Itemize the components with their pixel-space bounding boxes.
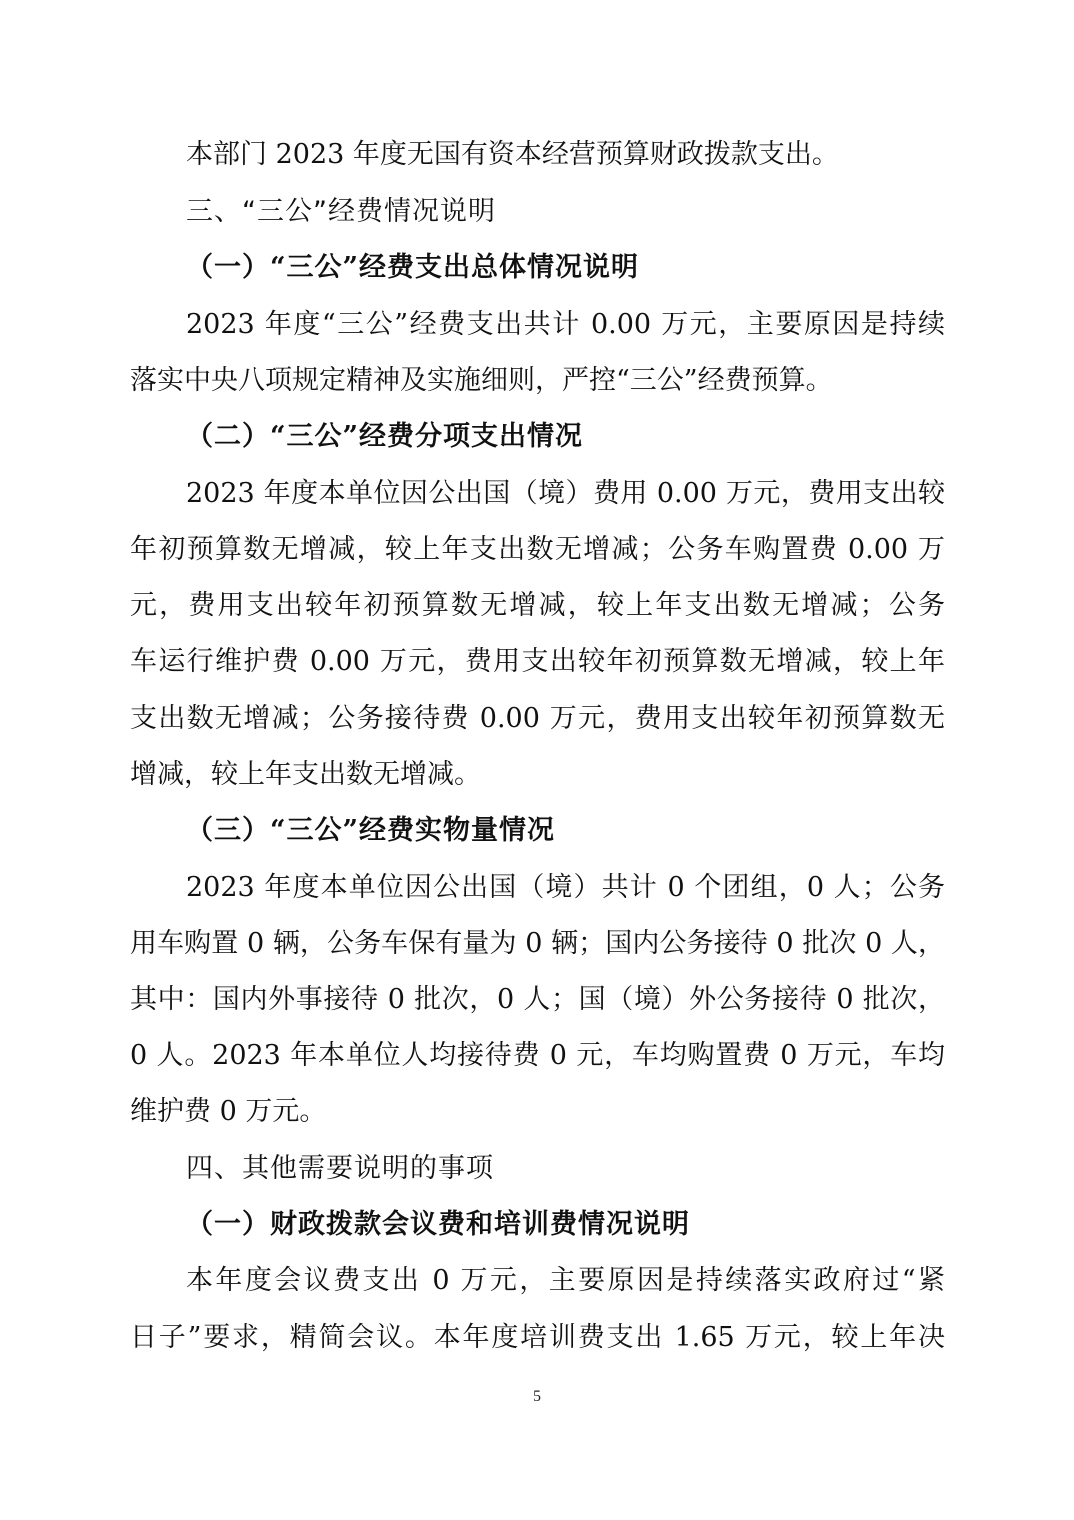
section-heading-other-matters: 四、其他需要说明的事项	[186, 1149, 1001, 1189]
subsection-heading-physical-quantity: （三）“三公”经费实物量情况	[186, 811, 1001, 851]
paragraph-line: 2023 年度本单位因公出国（境）费用 0.00 万元，费用支出较	[186, 474, 945, 514]
paragraph-line: 本部门 2023 年度无国有资本经营预算财政拨款支出。	[186, 135, 945, 175]
paragraph-line: 2023 年度本单位因公出国（境）共计 0 个团组，0 人；公务	[186, 868, 945, 908]
section-heading-three-public-expenses: 三、“三公”经费情况说明	[186, 192, 1001, 232]
page-number: 5	[0, 1388, 1074, 1406]
subsection-heading-itemized: （二）“三公”经费分项支出情况	[186, 417, 1001, 457]
paragraph-line: 维护费 0 万元。	[130, 1092, 945, 1132]
paragraph-line: 用车购置 0 辆，公务车保有量为 0 辆；国内公务接待 0 批次 0 人，	[130, 924, 945, 964]
paragraph-line: 本年度会议费支出 0 万元，主要原因是持续落实政府过“紧	[186, 1261, 945, 1301]
paragraph-line: 增减，较上年支出数无增减。	[130, 755, 945, 795]
document-page: 本部门 2023 年度无国有资本经营预算财政拨款支出。 三、“三公”经费情况说明…	[0, 0, 1074, 1520]
paragraph-line: 其中：国内外事接待 0 批次，0 人；国（境）外公务接待 0 批次，	[130, 980, 945, 1020]
paragraph-line: 日子”要求，精简会议。本年度培训费支出 1.65 万元，较上年决	[130, 1318, 945, 1358]
paragraph-line: 支出数无增减；公务接待费 0.00 万元，费用支出较年初预算数无	[130, 699, 945, 739]
paragraph-line: 车运行维护费 0.00 万元，费用支出较年初预算数无增减，较上年	[130, 642, 945, 682]
subsection-heading-overall: （一）“三公”经费支出总体情况说明	[186, 248, 1001, 288]
paragraph-line: 年初预算数无增减，较上年支出数无增减；公务车购置费 0.00 万	[130, 530, 945, 570]
paragraph-line: 2023 年度“三公”经费支出共计 0.00 万元，主要原因是持续	[186, 305, 945, 345]
paragraph-line: 0 人。2023 年本单位人均接待费 0 元，车均购置费 0 万元，车均	[130, 1036, 945, 1076]
paragraph-line: 落实中央八项规定精神及实施细则，严控“三公”经费预算。	[130, 361, 945, 401]
paragraph-line: 元，费用支出较年初预算数无增减，较上年支出数无增减；公务	[130, 586, 945, 626]
subsection-heading-meeting-training: （一）财政拨款会议费和培训费情况说明	[186, 1205, 1001, 1245]
